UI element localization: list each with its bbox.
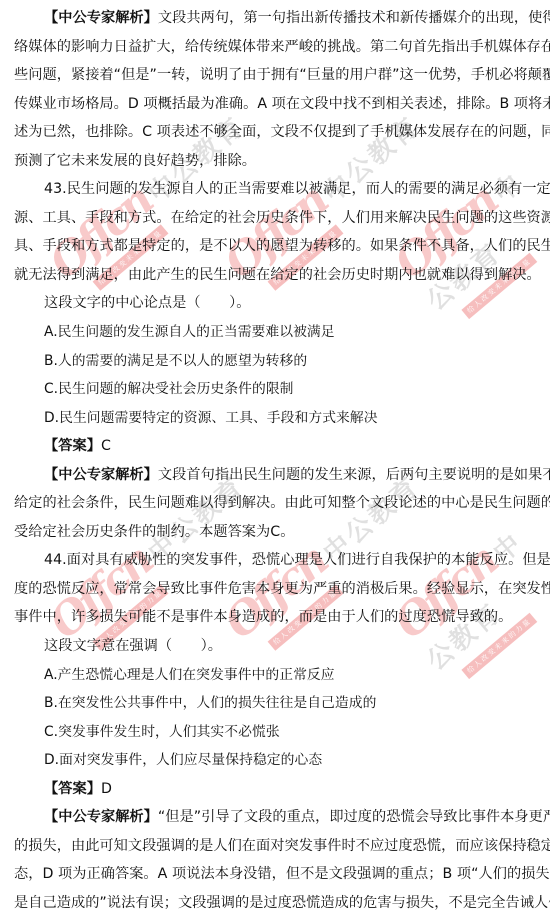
- analysis-text: 文段首句指出民生问题的发生来源，后两句主要说明的是如果不具备: [158, 467, 550, 483]
- paragraph-line: 预测了它未来发展的良好趋势，排除。: [14, 147, 539, 176]
- answer-label: 【答案】: [44, 781, 101, 797]
- paragraph-line: 度的恐慌反应，常常会导致比事件危害本身更为严重的消极后果。经验显示，在突发性公共: [14, 575, 539, 604]
- paragraph-line: 事件中，许多损失可能不是事件本身造成的，而是由于人们的过度恐慌导致的。: [14, 603, 539, 632]
- document-body: 【中公专家解析】文段共两句，第一句指出新传播技术和新传播媒介的出现，使得网 络媒…: [14, 4, 539, 913]
- paragraph-line: 态，D 项为正确答案。A 项说法本身没错，但不是文段强调的重点；B 项“人们的损…: [14, 860, 539, 889]
- question-44-option-b: B.在突发性公共事件中，人们的损失往往是自己造成的: [14, 689, 539, 718]
- analysis-text: 文段共两句，第一句指出新传播技术和新传播媒介的出现，使得网: [158, 10, 550, 26]
- question-43-stem: 43.民生问题的发生源自人的正当需要难以被满足，而人的需要的满足必须有一定的资: [14, 175, 539, 204]
- question-44-stem: 44.面对具有威胁性的突发事件，恐慌心理是人们进行自我保护的本能反应。但是，过: [14, 546, 539, 575]
- answer-value: C: [101, 438, 111, 454]
- document-page: Offcn 中公教育 给人改变未来的力量 Offcn 中公教育 给人改变未来的力…: [0, 0, 550, 913]
- question-43-option-b: B.人的需要的满足是不以人的愿望为转移的: [14, 347, 539, 376]
- paragraph-line: 述为已然，也排除。C 项表述不够全面，文段不仅提到了手机媒体发展存在的问题，同时…: [14, 118, 539, 147]
- paragraph-line: 传媒业市场格局。D 项概括最为准确。A 项在文段中找不到相关表述，排除。B 项将…: [14, 90, 539, 119]
- question-43-option-c: C.民生问题的解决受社会历史条件的限制: [14, 375, 539, 404]
- question-44-option-a: A.产生恐慌心理是人们在突发事件中的正常反应: [14, 661, 539, 690]
- analysis-text: “但是”引导了文段的重点，即过度的恐慌会导致比事件本身更严重: [158, 809, 550, 825]
- paragraph-line: 【中公专家解析】“但是”引导了文段的重点，即过度的恐慌会导致比事件本身更严重: [14, 803, 539, 832]
- paragraph-line: 是自己造成的”说法有误；文段强调的是过度恐慌造成的危害与损失，不是完全告诫人们不: [14, 889, 539, 913]
- analysis-label: 【中公专家解析】: [44, 467, 158, 483]
- question-43-answer: 【答案】C: [14, 432, 539, 461]
- question-43-option-d: D.民生问题需要特定的资源、工具、手段和方式来解决: [14, 404, 539, 433]
- paragraph-line: 些问题，紧接着“但是”一转，说明了由于拥有“巨量的用户群”这一优势，手机必将颠覆: [14, 61, 539, 90]
- paragraph-line: 络媒体的影响力日益扩大，给传统媒体带来严峻的挑战。第二句首先指出手机媒体存在的一: [14, 33, 539, 62]
- paragraph-line: 给定的社会条件，民生问题难以得到解决。由此可知整个文段论述的中心是民生问题的解决: [14, 489, 539, 518]
- question-44-option-c: C.突发事件发生时，人们其实不必慌张: [14, 718, 539, 747]
- answer-value: D: [101, 781, 112, 797]
- paragraph-line: 具、手段和方式都是特定的，是不以人的愿望为转移的。如果条件不具备，人们的民生需求: [14, 232, 539, 261]
- question-44-option-d: D.面对突发事件，人们应尽量保持稳定的心态: [14, 746, 539, 775]
- answer-label: 【答案】: [44, 438, 101, 454]
- paragraph-line: 【中公专家解析】文段首句指出民生问题的发生来源，后两句主要说明的是如果不具备: [14, 461, 539, 490]
- question-43-prompt: 这段文字的中心论点是（ ）。: [14, 289, 539, 318]
- paragraph-line: 受给定社会历史条件的制约。本题答案为C。: [14, 518, 539, 547]
- paragraph-line: 源、工具、手段和方式。在给定的社会历史条件下，人们用来解决民生问题的这些资源、工: [14, 204, 539, 233]
- question-43-option-a: A.民生问题的发生源自人的正当需要难以被满足: [14, 318, 539, 347]
- question-44-answer: 【答案】D: [14, 775, 539, 804]
- paragraph-line: 就无法得到满足，由此产生的民生问题在给定的社会历史时期内也就难以得到解决。: [14, 261, 539, 290]
- analysis-label: 【中公专家解析】: [44, 809, 158, 825]
- question-44-prompt: 这段文字意在强调（ ）。: [14, 632, 539, 661]
- paragraph-line: 【中公专家解析】文段共两句，第一句指出新传播技术和新传播媒介的出现，使得网: [14, 4, 539, 33]
- analysis-label: 【中公专家解析】: [44, 10, 158, 26]
- paragraph-line: 的损失，由此可知文段强调的是人们在面对突发事件时不应过度恐慌，而应该保持稳定的心: [14, 832, 539, 861]
